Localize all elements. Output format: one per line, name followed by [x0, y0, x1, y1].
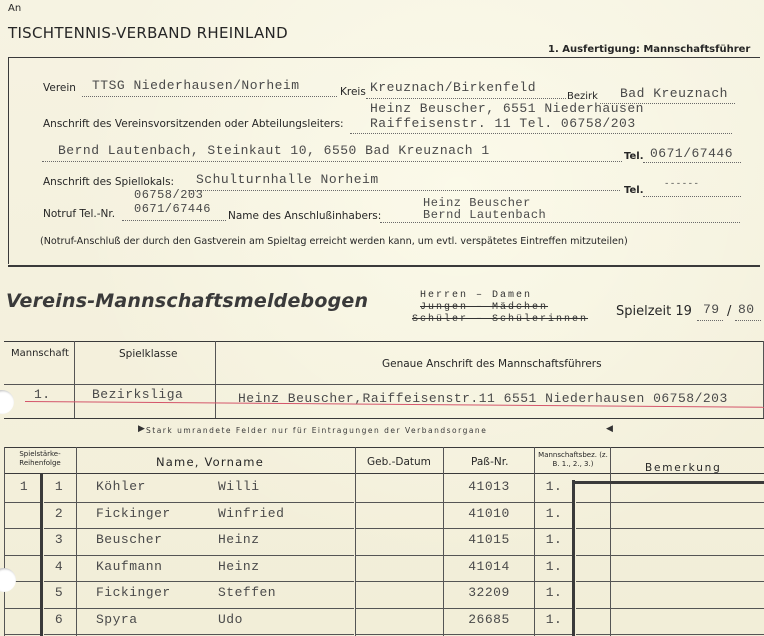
pass-number[interactable]: 41013: [446, 479, 532, 494]
row-divider: [355, 502, 443, 503]
row-divider: [534, 528, 572, 529]
tel-value[interactable]: 0671/67446: [650, 146, 733, 161]
row-divider: [576, 634, 610, 635]
row-divider: [576, 555, 610, 556]
pass-number[interactable]: 41010: [446, 506, 532, 521]
pass-number[interactable]: 41014: [446, 559, 532, 574]
row-divider: [534, 608, 572, 609]
last-name[interactable]: Fickinger: [96, 506, 216, 521]
form-title: Vereins-Mannschaftsmeldebogen: [6, 290, 368, 312]
row-divider: [443, 502, 534, 503]
header-birthdate: Geb.-Datum: [367, 456, 431, 468]
row-divider: [44, 581, 354, 582]
category-jungen-maedchen: Jungen – Mädchen: [420, 302, 548, 313]
team-designation[interactable]: 1.: [536, 612, 572, 627]
copy-label: 1. Ausfertigung: Mannschaftsführer: [548, 44, 750, 55]
official-use-notice: Stark umrandete Felder nur für Eintragun…: [146, 426, 487, 435]
row-divider: [4, 502, 40, 503]
season-from[interactable]: 79: [703, 302, 720, 317]
first-name[interactable]: Heinz: [218, 532, 348, 547]
team-league[interactable]: Bezirksliga: [92, 387, 183, 402]
row-divider: [610, 634, 764, 635]
rank-position[interactable]: 4: [46, 559, 72, 574]
header-remark: Bemerkung: [645, 462, 722, 474]
last-name[interactable]: Spyra: [96, 612, 216, 627]
row-divider: [610, 528, 764, 529]
row-divider: [443, 608, 534, 609]
row-divider: [610, 581, 764, 582]
row-divider: [44, 528, 354, 529]
row-divider: [44, 555, 354, 556]
row-divider: [355, 608, 443, 609]
bezirk-value[interactable]: Bad Kreuznach: [620, 86, 728, 101]
row-divider: [443, 581, 534, 582]
verein-label: Verein: [43, 82, 76, 94]
season-to[interactable]: 80: [738, 302, 755, 317]
row-divider: [610, 608, 764, 609]
header-spielklasse: Spielklasse: [119, 348, 177, 360]
venue-label: Anschrift des Spiellokals:: [43, 176, 174, 188]
verein-value[interactable]: TTSG Niederhausen/Norheim: [92, 78, 300, 93]
row-divider: [576, 528, 610, 529]
header-captain-address: Genaue Anschrift des Mannschaftsführers: [382, 358, 602, 370]
emergency-note: (Notruf-Anschluß der durch den Gastverei…: [40, 236, 628, 247]
row-divider: [610, 502, 764, 503]
row-divider: [534, 581, 572, 582]
team-designation[interactable]: 1.: [536, 506, 572, 521]
emergency-label: Notruf Tel.-Nr.: [43, 208, 115, 220]
arrow-left-icon: ◀: [606, 424, 613, 434]
row-divider: [576, 502, 610, 503]
last-name[interactable]: Kaufmann: [96, 559, 216, 574]
last-name[interactable]: Köhler: [96, 479, 216, 494]
chair-label: Anschrift des Vereinsvorsitzenden oder A…: [43, 118, 344, 130]
chair-address-line3[interactable]: Bernd Lautenbach, Steinkaut 10, 6550 Bad…: [58, 143, 490, 158]
organization-name: TISCHTENNIS-VERBAND RHEINLAND: [8, 24, 288, 42]
row-divider: [44, 608, 354, 609]
team-designation[interactable]: 1.: [536, 585, 572, 600]
header-rank: Spielstärke-Reihenfolge: [8, 450, 72, 468]
row-divider: [355, 528, 443, 529]
arrow-right-icon: ▶: [138, 424, 145, 434]
pass-number[interactable]: 41015: [446, 532, 532, 547]
team-designation[interactable]: 1.: [536, 559, 572, 574]
last-name[interactable]: Beuscher: [96, 532, 216, 547]
rank-position[interactable]: 3: [46, 532, 72, 547]
team-number[interactable]: 1.: [34, 387, 51, 402]
row-divider: [4, 608, 40, 609]
rank-position[interactable]: 5: [46, 585, 72, 600]
row-divider: [443, 634, 534, 635]
emergency-tel-value-2[interactable]: 0671/67446: [134, 202, 211, 216]
first-name[interactable]: Willi: [218, 479, 348, 494]
category-herren-damen: Herren – Damen: [420, 290, 532, 301]
kreis-value[interactable]: Kreuznach/Birkenfeld: [370, 80, 536, 95]
venue-tel-value[interactable]: ------: [664, 179, 699, 189]
row-divider: [576, 608, 610, 609]
pass-number[interactable]: 32209: [446, 585, 532, 600]
row-divider: [4, 634, 40, 635]
first-name[interactable]: Heinz: [218, 559, 348, 574]
rank-group[interactable]: 1: [12, 479, 36, 494]
row-divider: [4, 528, 40, 529]
row-divider: [443, 555, 534, 556]
rank-position[interactable]: 2: [46, 506, 72, 521]
category-schueler: Schüler – Schülerinnen: [412, 314, 588, 325]
holder-value-2[interactable]: Bernd Lautenbach: [423, 208, 546, 222]
row-divider: [44, 634, 354, 635]
row-divider: [534, 634, 572, 635]
row-divider: [534, 555, 572, 556]
header-name: Name, Vorname: [156, 455, 264, 469]
row-divider: [4, 555, 40, 556]
tel-label: Tel.: [624, 151, 644, 162]
header-team-designation: Mannschaftsbez. (z. B. 1., 2., 3.): [536, 451, 610, 469]
chair-address-line2[interactable]: Raiffeisenstr. 11 Tel. 06758/203: [370, 116, 636, 131]
row-divider: [355, 581, 443, 582]
kreis-label: Kreis: [340, 86, 366, 98]
rank-position[interactable]: 1: [46, 479, 72, 494]
first-name[interactable]: Udo: [218, 612, 348, 627]
team-designation[interactable]: 1.: [536, 479, 572, 494]
row-divider: [576, 581, 610, 582]
pass-number[interactable]: 26685: [446, 612, 532, 627]
rank-position[interactable]: 6: [46, 612, 72, 627]
header-mannschaft: Mannschaft: [11, 348, 69, 359]
season-separator: /: [727, 304, 731, 319]
first-name[interactable]: Winfried: [218, 506, 348, 521]
emergency-tel-value-1[interactable]: 06758/203: [134, 188, 203, 202]
row-divider: [443, 528, 534, 529]
venue-value[interactable]: Schulturnhalle Norheim: [196, 172, 379, 187]
first-name[interactable]: Steffen: [218, 585, 348, 600]
row-divider: [534, 502, 572, 503]
holder-label: Name des Anschlußinhabers:: [228, 210, 381, 222]
row-divider: [355, 555, 443, 556]
header-pass-number: Paß-Nr.: [471, 456, 508, 468]
venue-tel-label: Tel.: [624, 185, 644, 196]
chair-address-line1[interactable]: Heinz Beuscher, 6551 Niederhausen: [370, 101, 644, 116]
team-designation[interactable]: 1.: [536, 532, 572, 547]
row-divider: [355, 634, 443, 635]
season-label: Spielzeit 19: [616, 304, 692, 319]
row-divider: [610, 555, 764, 556]
addressee-prefix: An: [8, 3, 21, 14]
row-divider: [44, 502, 354, 503]
last-name[interactable]: Fickinger: [96, 585, 216, 600]
